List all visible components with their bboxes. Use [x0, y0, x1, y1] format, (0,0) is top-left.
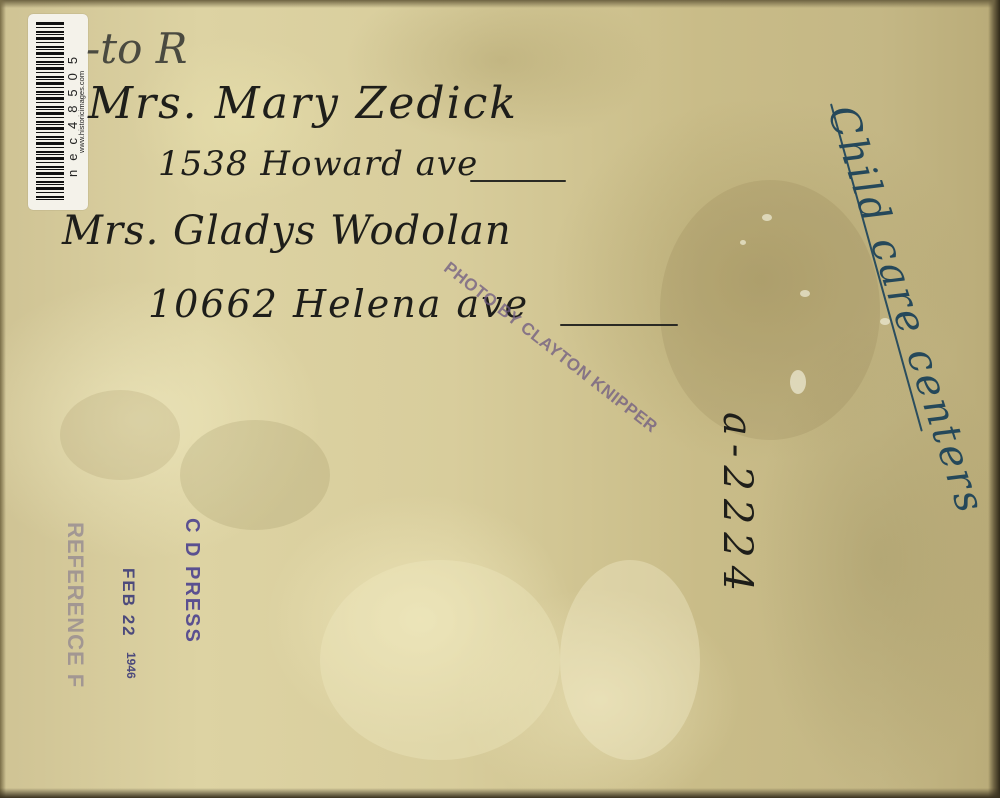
water-stain: [320, 560, 560, 760]
paper-edge-left: [0, 0, 6, 798]
paper-edge-top: [0, 0, 1000, 8]
barcode-icon: [36, 22, 64, 202]
paper-speck: [762, 214, 772, 221]
recipient-2-name: Mrs. Gladys Wodolan: [62, 208, 512, 254]
paper-speck: [790, 370, 806, 394]
reference-stamp: REFERENCE F: [62, 522, 88, 688]
press-stamp: C D PRESS: [180, 518, 203, 644]
paper-speck: [800, 290, 810, 297]
date-stamp-year: 1946: [124, 652, 138, 679]
paper-edge-bottom: [0, 788, 1000, 798]
recipient-1-name: Mrs. Mary Zedick: [88, 78, 518, 129]
paper-speck: [740, 240, 746, 245]
water-stain: [560, 560, 700, 760]
routing-note: -to R: [86, 24, 187, 73]
paper-edge-right: [988, 0, 1000, 798]
address-underline-stroke: [560, 324, 678, 326]
barcode-label: nec48505 www.historicimages.com: [28, 14, 88, 210]
water-stain: [60, 390, 180, 480]
date-stamp: FEB 22: [118, 568, 138, 638]
address-underline-stroke: [470, 180, 566, 182]
recipient-1-address: 1538 Howard ave: [158, 144, 478, 184]
reference-number: a-2224: [714, 412, 760, 599]
water-stain: [180, 420, 330, 530]
